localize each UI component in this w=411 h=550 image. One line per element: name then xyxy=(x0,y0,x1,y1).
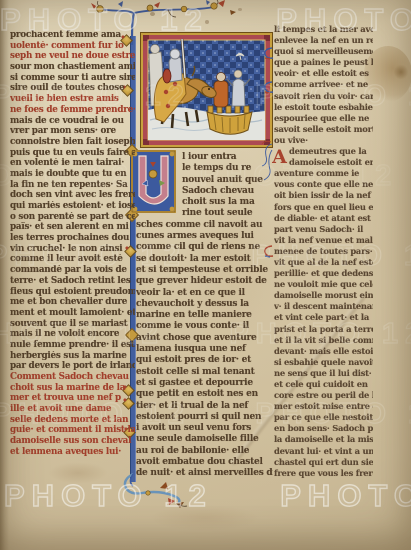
manuscript-line: li tempes et la mer avoit xyxy=(274,24,373,35)
manuscript-line: comme il leur avoit esté xyxy=(10,254,135,265)
text-column-left: prochacent femme amauolenté· comment fur… xyxy=(10,30,135,458)
manuscript-line: ou vive· xyxy=(274,135,373,146)
manuscript-line: damoiselle morust einsi xyxy=(274,290,373,301)
manuscript-line: vueil ie bien estre amis xyxy=(10,94,135,105)
manuscript-line: vin cruchel· le non ainsi xyxy=(10,244,135,255)
manuscript-line: ne sens que il lui dist· xyxy=(274,368,373,379)
manuscript-line: avoit embatue dou chastel xyxy=(136,457,273,468)
manuscript-line: les terres prochaines dou xyxy=(10,233,135,244)
manuscript-line: et cele qui cuidoit en xyxy=(274,379,373,390)
manuscript-line: que petit en estoit nes en xyxy=(136,389,273,400)
manuscript-line: l iour entra xyxy=(136,152,273,163)
manuscript-line: estoient pourri si quil nen xyxy=(136,412,273,423)
manuscript-line: nule femme prendre· il estoit xyxy=(10,340,135,351)
manuscript-line: o son parenté se part de celi xyxy=(10,212,135,223)
manuscript-line: tier· et li trual de la nef xyxy=(136,401,273,412)
manuscript-line: veoir· et elle estoit es xyxy=(274,68,373,79)
manuscript-line: doch sen vint avec les freres xyxy=(10,190,135,201)
manuscript-line: mer et trouva une nef p xyxy=(10,393,135,404)
manuscript-line: la damoiselle et la mist xyxy=(274,434,373,445)
manuscript-line: vit la nef venue et mal xyxy=(274,235,373,246)
paraph-mark xyxy=(262,80,274,94)
manuscript-line: selle dedens morte et lan xyxy=(10,415,135,426)
manuscript-line: Comment Sadoch chevau xyxy=(10,372,135,383)
manuscript-line: part venu Sadoch· il xyxy=(274,224,373,235)
manuscript-line: ille et avoit une dame xyxy=(10,404,135,415)
manuscript-line: aventure comme ie xyxy=(274,168,373,179)
manuscript-line: savoit selle estoit morte xyxy=(274,124,373,135)
miniature-knight-and-boat xyxy=(140,32,273,148)
manuscript-line: lamena iusqua une nef xyxy=(136,344,273,355)
manuscript-line: perillie· et que dedens xyxy=(274,268,373,279)
manuscript-line: seph ne veul ne doue estre xyxy=(10,51,135,62)
manuscript-line: devant lui· et vint a un xyxy=(274,446,373,457)
manuscript-line: mer estoit mise entre gens· xyxy=(274,401,373,412)
manuscript-line: nouvel anuit que xyxy=(136,175,273,186)
manuscript-line: v· il descent maintenant xyxy=(274,301,373,312)
manuscript-line: devant· mais elle estoit xyxy=(274,346,373,357)
manuscript-line: et si tempesteuse et orrible xyxy=(136,265,273,276)
manuscript-line: Sadoch chevau xyxy=(136,186,273,197)
manuscript-line: fors que en quel lieu estoit xyxy=(274,202,373,213)
manuscript-line: enlevee la nef en un re xyxy=(274,35,373,46)
manuscript-line: vit que al de la nef estoit xyxy=(274,257,373,268)
manuscript-line: qui estoit pres de ior· et xyxy=(136,355,273,366)
manuscript-line: la fin ne ten repentes· Sa xyxy=(10,180,135,191)
manuscript-line: menee de toutes pars· et xyxy=(274,246,373,257)
manuscript-line: que a paines le peust len xyxy=(274,57,373,68)
manuscript-line: veoir la· et en ce que il xyxy=(136,288,273,299)
manuscript-line: et si gastee et depourrie xyxy=(136,378,273,389)
manuscript-line: cunes armes aveques lui xyxy=(136,231,273,242)
manuscript-line: damoiselle sus son cheval xyxy=(10,436,135,447)
manuscript-line: terre· et Sadoch retint les xyxy=(10,276,135,287)
manuscript-line: ne vouloit mie que cele xyxy=(274,279,373,290)
manuscript-line: oit bien issir de la nef xyxy=(274,190,373,201)
manuscript-line: herbergiés sus la marine xyxy=(10,351,135,362)
manuscript-line: sire ouil de toutes chose xyxy=(10,83,135,94)
manuscript-line: chevauchoit y dessus la xyxy=(136,299,273,310)
manuscript-line: ment et moult lamoient· et xyxy=(10,308,135,319)
manuscript-line: par devers le port de irlande· xyxy=(10,361,135,372)
manuscript-line: et vint cele part· et la xyxy=(274,312,373,323)
manuscript-line: frere que vous les freres· xyxy=(274,468,373,479)
manuscript-line: prochacent femme ama xyxy=(10,30,135,41)
manuscript-line: en bon sens· Sadoch prist xyxy=(274,423,373,434)
manuscript-line: si comme sour ti autre sire· xyxy=(10,73,135,84)
parchment-stain xyxy=(394,64,408,80)
manuscript-line: prist et la porta a terre· xyxy=(274,324,373,335)
manuscript-line: quoi si merveilleusement xyxy=(274,46,373,57)
manuscript-line: comme cil qui de riens ne xyxy=(136,242,273,253)
manuscript-line: core estre ou peril de la xyxy=(274,390,373,401)
manuscript-line: espouriee que elle ne xyxy=(274,113,373,124)
manuscript-line: que grever hideur estoit de xyxy=(136,276,273,287)
manuscript-line: rine tout seule xyxy=(136,208,273,219)
parchment-stain xyxy=(48,462,108,484)
watermark-text: PHOTO 12 PHOTO 12 PHOTO 12 xyxy=(4,478,411,514)
manuscript-line: qui mariés estoient· et ioseph xyxy=(10,201,135,212)
manuscript-line: chastel qui ert dun sien xyxy=(274,457,373,468)
manuscript-line: sches comme cil navoit au xyxy=(136,220,273,231)
manuscript-line: par ce que elle nestoit xyxy=(274,412,373,423)
manuscript-line: avint chose que aventure xyxy=(136,333,273,344)
manuscript-line: ne foes de femme prendre· xyxy=(10,105,135,116)
manuscript-line: estoit celle si mal tenant xyxy=(136,367,273,378)
manuscript-line: le estoit toute esbahie et xyxy=(274,102,373,113)
manuscript-line: mais il ne voloit encore xyxy=(10,329,135,340)
text-column-middle: l iour entrale temps du renouvel anuit q… xyxy=(136,152,273,480)
paraph-mark xyxy=(262,46,274,60)
manuscript-line: et lenmena aveques lui· xyxy=(10,447,135,458)
manuscript-line: de diable· et atant est cele xyxy=(274,213,373,224)
parchment-stain xyxy=(150,505,260,531)
manuscript-line: guie· et comment il mist la xyxy=(10,425,135,436)
manuscript-line: de nuit· et ainsi merveilles du xyxy=(136,468,273,479)
manuscript-line: commandé par la vois de xyxy=(10,265,135,276)
manuscript-line: au roi de babilonie· elle xyxy=(136,446,273,457)
manuscript-line: vrer par mon sens· ore xyxy=(10,126,135,137)
manuscript-line: i avoit un seul venu fors xyxy=(136,423,273,434)
manuscript-line: se doutoit· la mer estoit xyxy=(136,254,273,265)
manuscript-line: païs· et sen alerent en mi xyxy=(10,222,135,233)
manuscript-line: mais ie doubte que tu en xyxy=(10,169,135,180)
manuscript-line: en volenté ie men tairai· xyxy=(10,158,135,169)
manuscript-line: savoit rien du voir· car el xyxy=(274,91,373,102)
manuscript-line: marine en telle maniere xyxy=(136,310,273,321)
manuscript-line: comme ie vous conte· il xyxy=(136,321,273,332)
manuscript-line: une seule damoiselle fille xyxy=(136,434,273,445)
page-gutter-shadow xyxy=(0,0,9,550)
manuscript-line: demeutres que la xyxy=(274,146,373,157)
manuscript-line: damoisele estoit en xyxy=(274,157,373,168)
manuscript-line: si esbahie quele navoit xyxy=(274,357,373,368)
manuscript-line: mais de ce voudrai ie ou xyxy=(10,116,135,127)
manuscript-line: connoistre bien fait ioseph xyxy=(10,137,135,148)
manuscript-line: choit sus la marine de la xyxy=(10,383,135,394)
manuscript-line: uolenté· comment fur io xyxy=(10,41,135,52)
manuscript-line: fieus qui estoient preudom xyxy=(10,287,135,298)
manuscript-photo: A prochacent femme amauolenté· comment f… xyxy=(0,0,411,550)
ivy-leaf-cluster xyxy=(91,0,236,15)
manuscript-line: choit sus la ma xyxy=(136,197,273,208)
text-column-right: li tempes et la mer avoitenlevee la nef … xyxy=(274,24,373,479)
manuscript-line: me et bon chevalier dure xyxy=(10,297,135,308)
manuscript-line: puis que tu en veuls faire a xyxy=(10,148,135,159)
manuscript-line: le temps du re xyxy=(136,163,273,174)
manuscript-line: vous conte que elle ne po xyxy=(274,179,373,190)
manuscript-line: sour mon chastiement ami xyxy=(10,62,135,73)
manuscript-line: et il la vit si belle comme xyxy=(274,335,373,346)
manuscript-line: souvent que il se mariast xyxy=(10,319,135,330)
manuscript-line: comme arrivee· et ne xyxy=(274,79,373,90)
